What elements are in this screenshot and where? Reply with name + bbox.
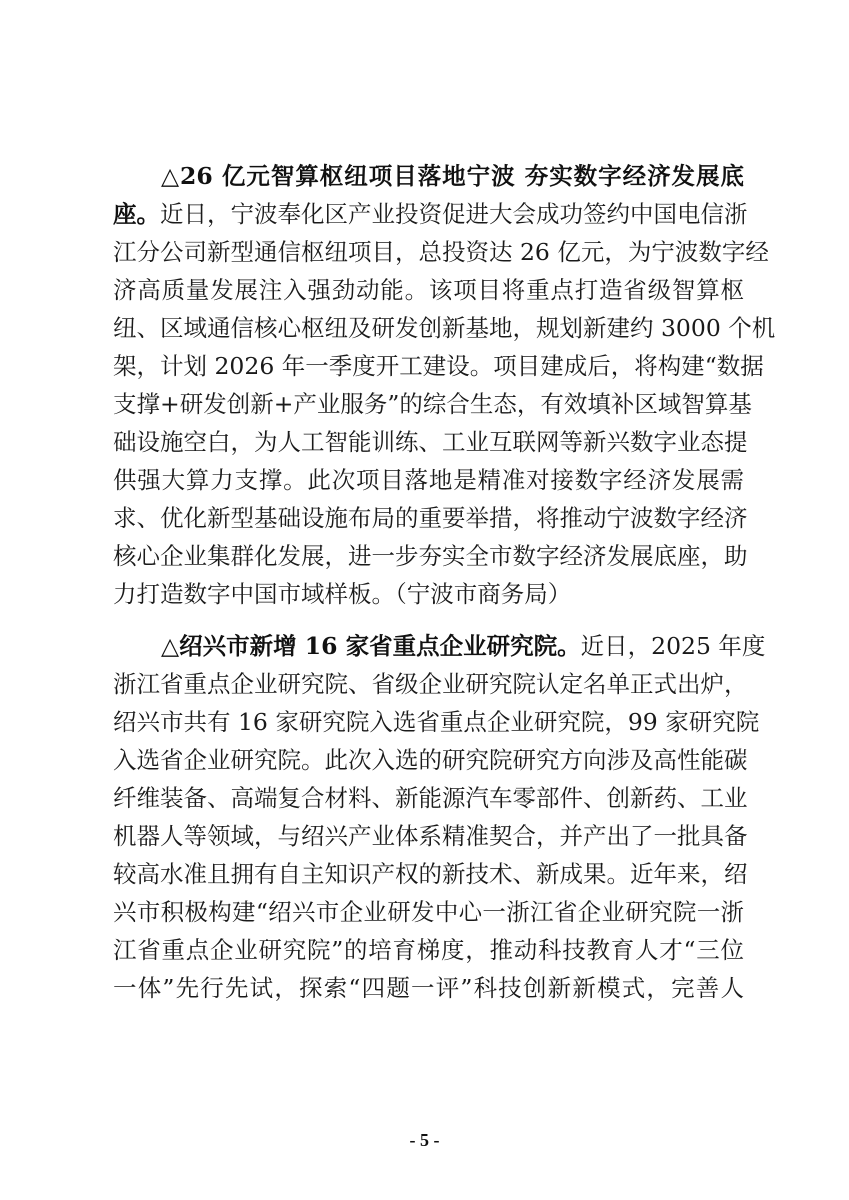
article-line-source: 力打造数字中国市域样板。（宁波市商务局） (113, 578, 744, 610)
page-number: - 5 - (0, 1130, 849, 1151)
article-line: 机器人等领域，与绍兴产业体系精准契合，并产出了一批具备 (113, 820, 744, 852)
article-line: 一体”先行先试，探索“四题一评”科技创新新模式，完善人 (113, 972, 744, 1004)
article-title: △26 亿元智算枢纽项目落地宁波 夯实数字经济发展底 (161, 162, 744, 190)
article-line: 浙江省重点企业研究院、省级企业研究院认定名单正式出炉， (113, 668, 744, 700)
article-line: 纤维装备、高端复合材料、新能源汽车零部件、创新药、工业 (113, 782, 744, 814)
article-line: 供强大算力支撑。此次项目落地是精准对接数字经济发展需 (113, 464, 744, 496)
article-line: 兴市积极构建“绍兴市企业研发中心一浙江省企业研究院一浙 (113, 896, 744, 928)
article-line: 座。近日，宁波奉化区产业投资促进大会成功签约中国电信浙 (113, 198, 744, 230)
article-line: 础设施空白，为人工智能训练、工业互联网等新兴数字业态提 (113, 426, 744, 458)
article-line: 支撑+研发创新+产业服务”的综合生态，有效填补区域智算基 (113, 388, 744, 420)
article-line: 济高质量发展注入强劲动能。该项目将重点打造省级智算枢 (113, 274, 744, 306)
article-line: 绍兴市共有 16 家研究院入选省重点企业研究院，99 家研究院 (113, 706, 744, 738)
article-title-end: 座。 (113, 200, 160, 228)
article-line: 架，计划 2026 年一季度开工建设。项目建成后，将构建“数据 (113, 350, 744, 382)
article-line: 入选省企业研究院。此次入选的研究院研究方向涉及高性能碳 (113, 744, 744, 776)
article-title: △绍兴市新增 16 家省重点企业研究院。 (161, 632, 581, 660)
article-line: 较高水准且拥有自主知识产权的新技术、新成果。近年来，绍 (113, 858, 744, 890)
article-line: 江分公司新型通信枢纽项目，总投资达 26 亿元，为宁波数字经 (113, 236, 744, 268)
document-page: △26 亿元智算枢纽项目落地宁波 夯实数字经济发展底 座。近日，宁波奉化区产业投… (0, 0, 849, 1200)
article-line: 核心企业集群化发展，进一步夯实全市数字经济发展底座，助 (113, 540, 744, 572)
article-line: 求、优化新型基础设施布局的重要举措，将推动宁波数字经济 (113, 502, 744, 534)
article-line: △绍兴市新增 16 家省重点企业研究院。近日，2025 年度 (161, 630, 744, 662)
article-line: 江省重点企业研究院”的培育梯度，推动科技教育人才“三位 (113, 934, 744, 966)
article-line: 纽、区域通信核心枢纽及研发创新基地，规划新建约 3000 个机 (113, 312, 744, 344)
article-line: △26 亿元智算枢纽项目落地宁波 夯实数字经济发展底 (161, 160, 744, 192)
